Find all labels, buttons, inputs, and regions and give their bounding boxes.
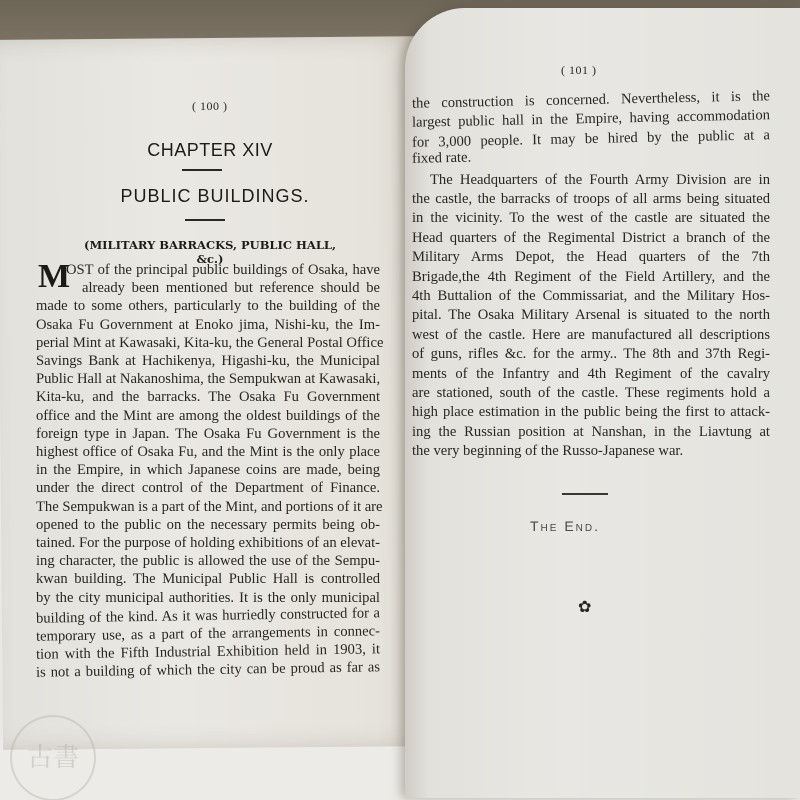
- text-line: kwan building. The Municipal Public Hall…: [36, 571, 380, 588]
- text-line: highest office of Osaka Fu, and the Mint…: [36, 444, 380, 461]
- text-line: The Sempukwan is a part of the Mint, and…: [36, 499, 380, 516]
- text-line: Public Hall at Nakanoshima, the Sempukwa…: [36, 371, 380, 388]
- text-line: are stationed, south of the castle. Thes…: [412, 385, 770, 402]
- text-line: perial Mint at Kawasaki, Kita-ku, the Ge…: [36, 335, 380, 352]
- text-line: Osaka Fu Government at Enoko jima, Nishi…: [36, 317, 380, 334]
- section-title: PUBLIC BUILDINGS.: [100, 186, 330, 207]
- text-line: opened to the public on the necessary pe…: [36, 517, 380, 534]
- text-line: high place estimation in the public bein…: [412, 404, 770, 421]
- text-line: ing character, the public is allowed the…: [36, 553, 380, 570]
- text-line: The Headquarters of the Fourth Army Divi…: [430, 172, 770, 189]
- the-end-text: The End.: [530, 518, 600, 534]
- text-line: office and the Mint are among the oldest…: [36, 408, 380, 425]
- text-line: already been mentioned but reference sho…: [82, 280, 380, 297]
- text-line: in the vicinity. To the west of the cast…: [412, 210, 770, 227]
- divider: [185, 219, 225, 221]
- text-line: fixed rate.: [412, 149, 492, 168]
- text-line: OST of the principal public buildings of…: [66, 262, 380, 279]
- text-line: 4th Buttalion of the Commissariat, and t…: [412, 288, 770, 305]
- divider: [182, 169, 222, 171]
- text-line: Military Arms Depot, the Head quarters o…: [412, 249, 770, 266]
- flower-ornament-icon: ✿: [578, 597, 591, 617]
- text-line: west of the castle. Here are manufacture…: [412, 327, 770, 344]
- text-line: tained. For the purpose of holding exhib…: [36, 535, 380, 552]
- text-line: in the Empire, in which Japanese coins a…: [36, 462, 380, 479]
- text-line: ments of the Infantry and 4th Regiment o…: [412, 366, 770, 383]
- divider: [562, 493, 608, 495]
- text-line: made to some others, particularly to the…: [36, 298, 380, 315]
- text-line: by the city municipal authorities. It is…: [36, 590, 380, 607]
- text-line: under the direct control of the Departme…: [36, 480, 380, 497]
- text-line: foreign type in Japan. The Osaka Fu Gove…: [36, 426, 380, 443]
- text-line: the very beginning of the Russo-Japanese…: [412, 443, 722, 460]
- seal-watermark-icon: 古書: [10, 715, 96, 800]
- chapter-heading: CHAPTER XIV: [140, 140, 280, 161]
- text-line: pital. The Osaka Military Arsenal is sit…: [412, 307, 770, 324]
- text-line: Kita-ku, and the barracks. The Osaka Fu …: [36, 389, 380, 406]
- page-number-right: ( 101 ): [561, 63, 597, 78]
- text-line: ing the Russian position at Nanshan, in …: [412, 424, 770, 441]
- text-line: Savings Bank at Hachikenya, Higashi-ku, …: [36, 353, 380, 370]
- text-line: the castle, the barracks of troops of al…: [412, 191, 770, 208]
- text-line: Brigade,the 4th Regiment of the Field Ar…: [412, 269, 770, 286]
- text-line: Head quarters of the Regimental District…: [412, 230, 770, 247]
- text-line: of guns, rifles &c. for the army.. The 8…: [412, 346, 770, 363]
- page-number-left: ( 100 ): [192, 99, 228, 114]
